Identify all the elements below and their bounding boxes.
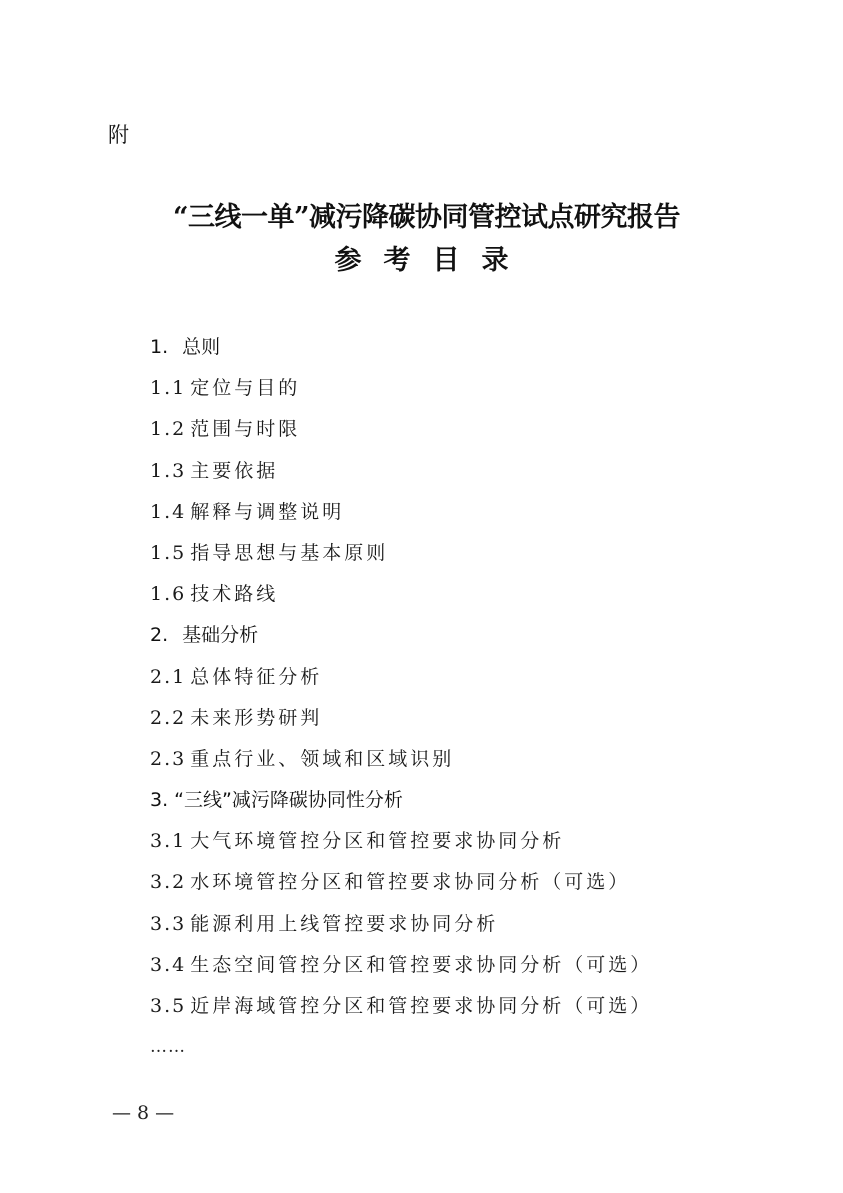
toc-item-2-1: 2.1 总体特征分析: [150, 664, 770, 705]
toc-text: 总体特征分析: [190, 664, 322, 690]
toc-number: 3.4: [150, 952, 186, 978]
toc-number: 2.3: [150, 746, 186, 772]
toc-text: 指导思想与基本原则: [190, 540, 388, 566]
table-of-contents: 1. 总则 1.1 定位与目的 1.2 范围与时限 1.3 主要依据 1.4 解…: [150, 334, 770, 1064]
toc-ellipsis: ……: [150, 1034, 770, 1064]
toc-section-3: 3. “三线”减污降碳协同性分析: [150, 787, 770, 828]
toc-item-1-3: 1.3 主要依据: [150, 458, 770, 499]
document-title: “三线一单”减污降碳协同管控试点研究报告: [0, 200, 843, 236]
toc-number: 2.2: [150, 705, 186, 731]
toc-text: 生态空间管控分区和管控要求协同分析（可选）: [190, 952, 652, 978]
toc-number: 1.: [150, 334, 168, 360]
toc-number: 2.: [150, 622, 168, 648]
document-page: 附 “三线一单”减污降碳协同管控试点研究报告 参考目录 1. 总则 1.1 定位…: [0, 0, 843, 1193]
toc-text: 解释与调整说明: [190, 499, 344, 525]
document-subtitle: 参考目录: [0, 243, 843, 279]
toc-text: 总则: [182, 334, 220, 360]
toc-item-1-6: 1.6 技术路线: [150, 581, 770, 622]
toc-item-1-5: 1.5 指导思想与基本原则: [150, 540, 770, 581]
toc-number: 3.1: [150, 828, 186, 854]
toc-number: 1.4: [150, 499, 186, 525]
toc-item-3-1: 3.1 大气环境管控分区和管控要求协同分析: [150, 828, 770, 869]
toc-number: 1.3: [150, 458, 186, 484]
toc-section-1: 1. 总则: [150, 334, 770, 375]
toc-text: “三线”减污降碳协同性分析: [174, 787, 403, 813]
toc-item-1-2: 1.2 范围与时限: [150, 416, 770, 457]
toc-number: 3.3: [150, 911, 186, 937]
toc-text: 范围与时限: [190, 416, 300, 442]
toc-text: 主要依据: [190, 458, 278, 484]
toc-text: 水环境管控分区和管控要求协同分析（可选）: [190, 869, 630, 895]
toc-text: 技术路线: [190, 581, 278, 607]
toc-item-2-3: 2.3 重点行业、领域和区域识别: [150, 746, 770, 787]
toc-item-3-3: 3.3 能源利用上线管控要求协同分析: [150, 911, 770, 952]
toc-number: 1.6: [150, 581, 186, 607]
toc-number: 1.1: [150, 375, 186, 401]
toc-text: 能源利用上线管控要求协同分析: [190, 911, 498, 937]
attachment-label: 附: [108, 122, 129, 148]
toc-section-2: 2. 基础分析: [150, 622, 770, 663]
toc-text: 重点行业、领域和区域识别: [190, 746, 454, 772]
toc-text: 基础分析: [182, 622, 258, 648]
toc-item-3-5: 3.5 近岸海域管控分区和管控要求协同分析（可选）: [150, 993, 770, 1034]
toc-item-3-4: 3.4 生态空间管控分区和管控要求协同分析（可选）: [150, 952, 770, 993]
toc-number: 1.2: [150, 416, 186, 442]
toc-text: 大气环境管控分区和管控要求协同分析: [190, 828, 564, 854]
toc-text: 近岸海域管控分区和管控要求协同分析（可选）: [190, 993, 652, 1019]
page-number: — 8 —: [112, 1100, 174, 1126]
toc-number: 3.: [150, 787, 168, 813]
toc-item-1-4: 1.4 解释与调整说明: [150, 499, 770, 540]
toc-number: 3.2: [150, 869, 186, 895]
toc-text: 定位与目的: [190, 375, 300, 401]
toc-number: 1.5: [150, 540, 186, 566]
toc-number: 3.5: [150, 993, 186, 1019]
toc-item-3-2: 3.2 水环境管控分区和管控要求协同分析（可选）: [150, 869, 770, 910]
toc-item-1-1: 1.1 定位与目的: [150, 375, 770, 416]
toc-number: 2.1: [150, 664, 186, 690]
toc-item-2-2: 2.2 未来形势研判: [150, 705, 770, 746]
toc-text: 未来形势研判: [190, 705, 322, 731]
